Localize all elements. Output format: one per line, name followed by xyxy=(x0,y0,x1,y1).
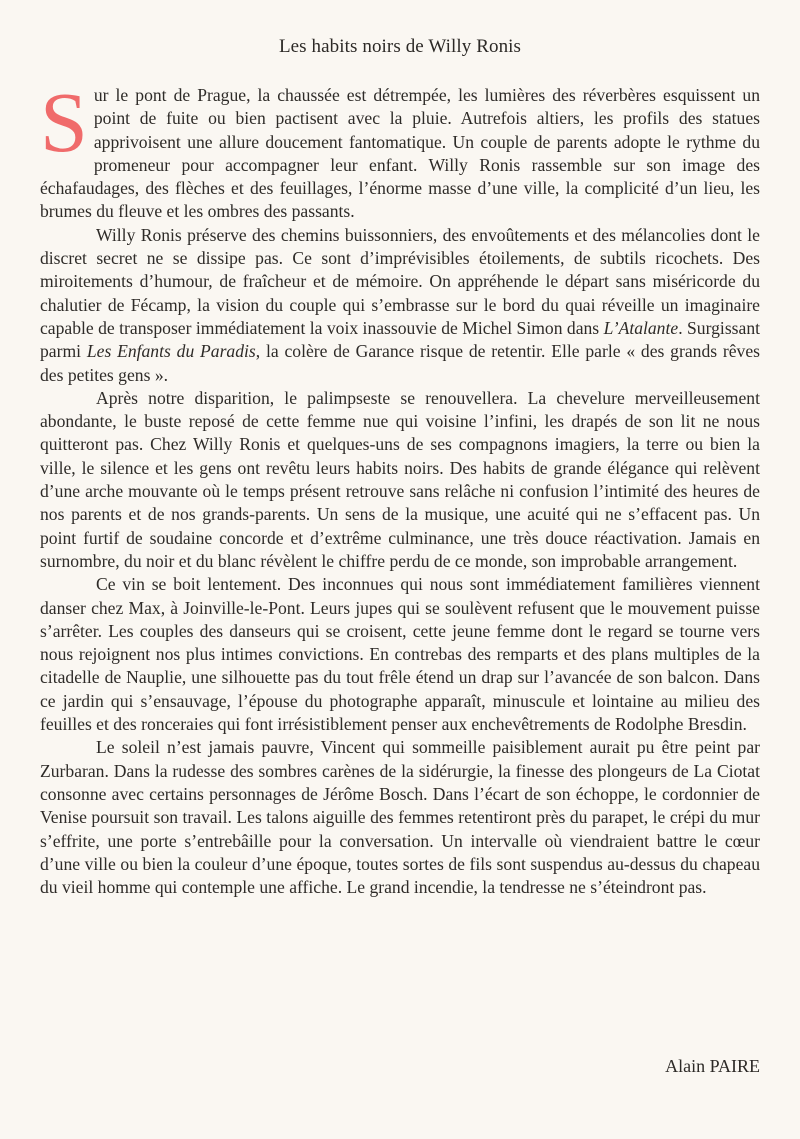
paragraph-5: Le soleil n’est jamais pauvre, Vincent q… xyxy=(40,736,760,899)
document-title: Les habits noirs de Willy Ronis xyxy=(40,36,760,58)
paragraph-4: Ce vin se boit lentement. Des inconnues … xyxy=(40,573,760,736)
film-title-enfants-du-paradis: Les Enfants du Paradis xyxy=(87,341,256,361)
paragraph-1: Sur le pont de Prague, la chaussée est d… xyxy=(40,84,760,224)
article-body: Sur le pont de Prague, la chaussée est d… xyxy=(40,84,760,899)
paragraph-1-text: ur le pont de Prague, la chaussée est dé… xyxy=(40,85,760,221)
drop-cap: S xyxy=(40,89,88,155)
film-title-latalante: L’Atalante xyxy=(604,318,679,338)
author-signature: Alain PAIRE xyxy=(665,1056,760,1077)
paragraph-3: Après notre disparition, le palimpseste … xyxy=(40,387,760,573)
paragraph-2: Willy Ronis préserve des chemins buisson… xyxy=(40,224,760,387)
